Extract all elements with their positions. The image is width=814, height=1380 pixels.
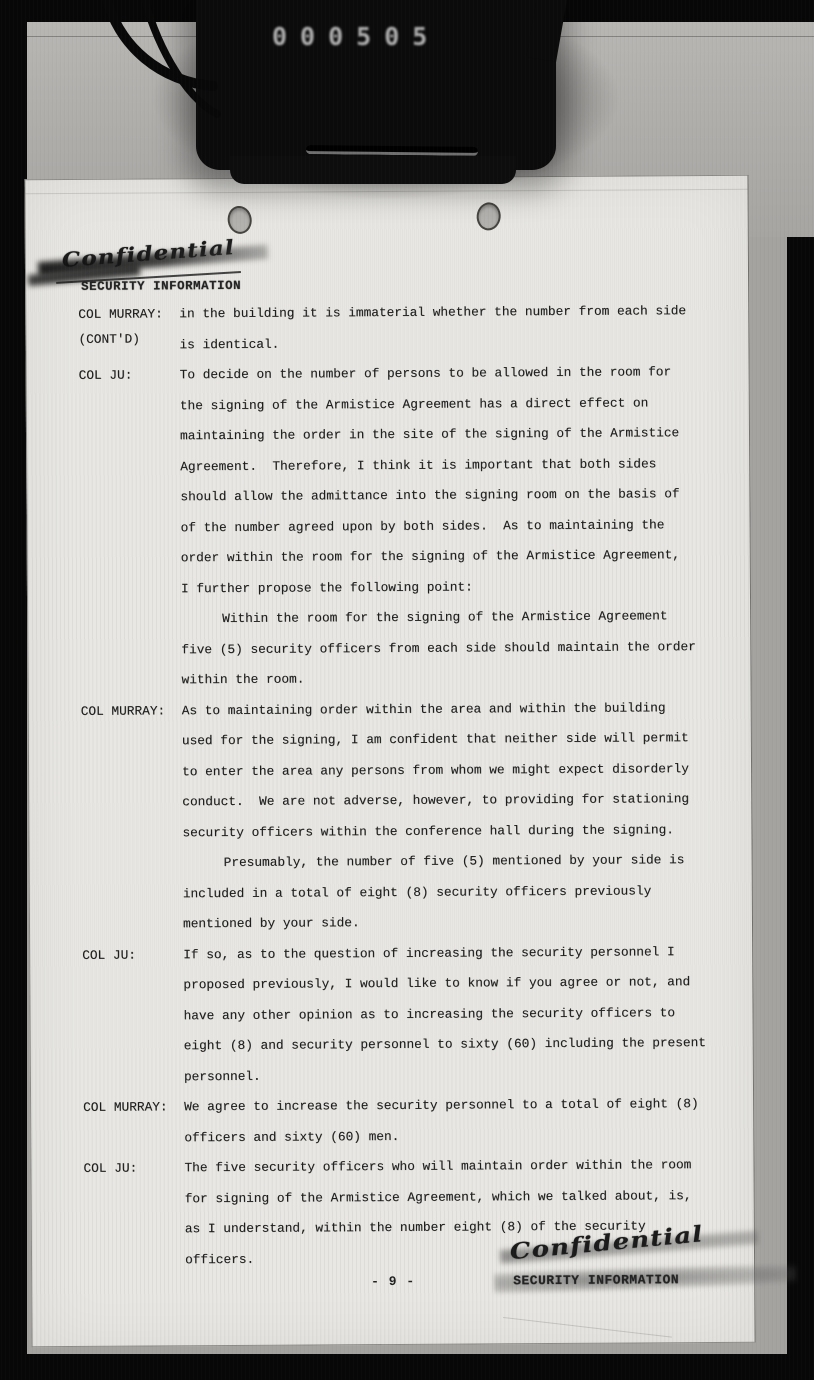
text-line: included in a total of eight (8) securit… <box>183 875 752 909</box>
speech-text: To decide on the number of persons to be… <box>180 357 751 696</box>
text-line: Presumably, the number of five (5) menti… <box>183 845 752 879</box>
dialogue-entry: COL MURRAY:We agree to increase the secu… <box>31 1089 753 1154</box>
handwritten-confidential-top: Confidential <box>61 235 236 272</box>
text-line: We agree to increase the security person… <box>184 1089 753 1123</box>
dialogue-entry: COL MURRAY:As to maintaining order withi… <box>29 692 752 940</box>
security-information-stamp-bottom: SECURITY INFORMATION <box>513 1272 679 1288</box>
speaker-name: COL MURRAY: <box>83 1092 168 1123</box>
text-line: Agreement. Therefore, I think it is impo… <box>180 448 749 482</box>
text-line: If so, as to the question of increasing … <box>183 936 752 970</box>
power-cords <box>55 0 270 170</box>
text-line: to enter the area any persons from whom … <box>182 753 751 787</box>
text-line: As to maintaining order within the area … <box>182 692 751 726</box>
text-line: proposed previously, I would like to kno… <box>183 967 752 1001</box>
document-page: Confidential SECURITY INFORMATION COL MU… <box>24 175 755 1347</box>
text-line: is identical. <box>179 326 748 360</box>
text-line: for signing of the Armistice Agreement, … <box>185 1180 754 1214</box>
speaker-name: COL MURRAY: <box>81 696 166 727</box>
text-line: should allow the admittance into the sig… <box>180 479 749 513</box>
speech-text: If so, as to the question of increasing … <box>183 936 753 1092</box>
punch-hole-right <box>475 201 502 231</box>
speaker-label: COL MURRAY: <box>81 696 166 727</box>
text-line: of the number agreed upon by both sides.… <box>180 509 749 543</box>
counter-digits: 000505 <box>272 22 440 51</box>
text-line: maintaining the order in the site of the… <box>180 418 749 452</box>
text-line: personnel. <box>184 1058 753 1092</box>
text-line: Within the room for the signing of the A… <box>181 601 750 635</box>
speaker-label: COL MURRAY: <box>83 1092 168 1123</box>
dialogue-entry: COL JU:To decide on the number of person… <box>27 357 751 697</box>
speaker-name: COL JU: <box>83 1154 137 1185</box>
text-line: mentioned by your side. <box>183 906 752 940</box>
punch-hole-left <box>226 204 254 235</box>
text-line: eight (8) and security personnel to sixt… <box>184 1028 753 1062</box>
text-line: security officers within the conference … <box>182 814 751 848</box>
speech-text: The five security officers who will main… <box>184 1150 754 1275</box>
speaker-name: COL JU: <box>79 361 133 392</box>
speaker-label: COL JU: <box>83 1154 137 1185</box>
speech-text: As to maintaining order within the area … <box>182 692 752 939</box>
text-line: used for the signing, I am confident tha… <box>182 723 751 757</box>
paper-crease <box>503 1317 672 1338</box>
dialogue-entry: COL JU:If so, as to the question of incr… <box>30 936 753 1093</box>
text-line: The five security officers who will main… <box>184 1150 753 1184</box>
text-line: in the building it is immaterial whether… <box>179 296 748 330</box>
text-line: To decide on the number of persons to be… <box>180 357 749 391</box>
text-line: I further propose the following point: <box>181 570 750 604</box>
speech-text: We agree to increase the security person… <box>184 1089 753 1153</box>
speech-text: in the building it is immaterial whether… <box>179 296 748 360</box>
counter-base <box>230 156 516 184</box>
dialogue-entry: COL JU:The five security officers who wi… <box>31 1150 754 1276</box>
text-line: the signing of the Armistice Agreement h… <box>180 387 749 421</box>
cord-icon <box>143 0 217 114</box>
text-line: officers and sixty (60) men. <box>184 1119 753 1153</box>
speaker-label: COL MURRAY:(CONT'D) <box>78 299 163 355</box>
paper-fold-line <box>26 189 748 194</box>
text-line: order within the room for the signing of… <box>181 540 750 574</box>
text-line: five (5) security officers from each sid… <box>181 631 750 665</box>
scanned-document-frame: Confidential SECURITY INFORMATION COL MU… <box>0 0 814 1380</box>
text-line: have any other opinion as to increasing … <box>183 997 752 1031</box>
counter-slot <box>306 145 478 156</box>
security-information-stamp-top: SECURITY INFORMATION <box>81 279 241 294</box>
speaker-label: COL JU: <box>82 940 136 971</box>
speaker-name: COL JU: <box>82 940 136 971</box>
text-line: conduct. We are not adverse, however, to… <box>182 784 751 818</box>
dialogue-transcript: COL MURRAY:(CONT'D)in the building it is… <box>26 296 754 1276</box>
text-line: within the room. <box>181 662 750 696</box>
speaker-label: COL JU: <box>79 361 133 392</box>
dialogue-entry: COL MURRAY:(CONT'D)in the building it is… <box>26 296 748 361</box>
